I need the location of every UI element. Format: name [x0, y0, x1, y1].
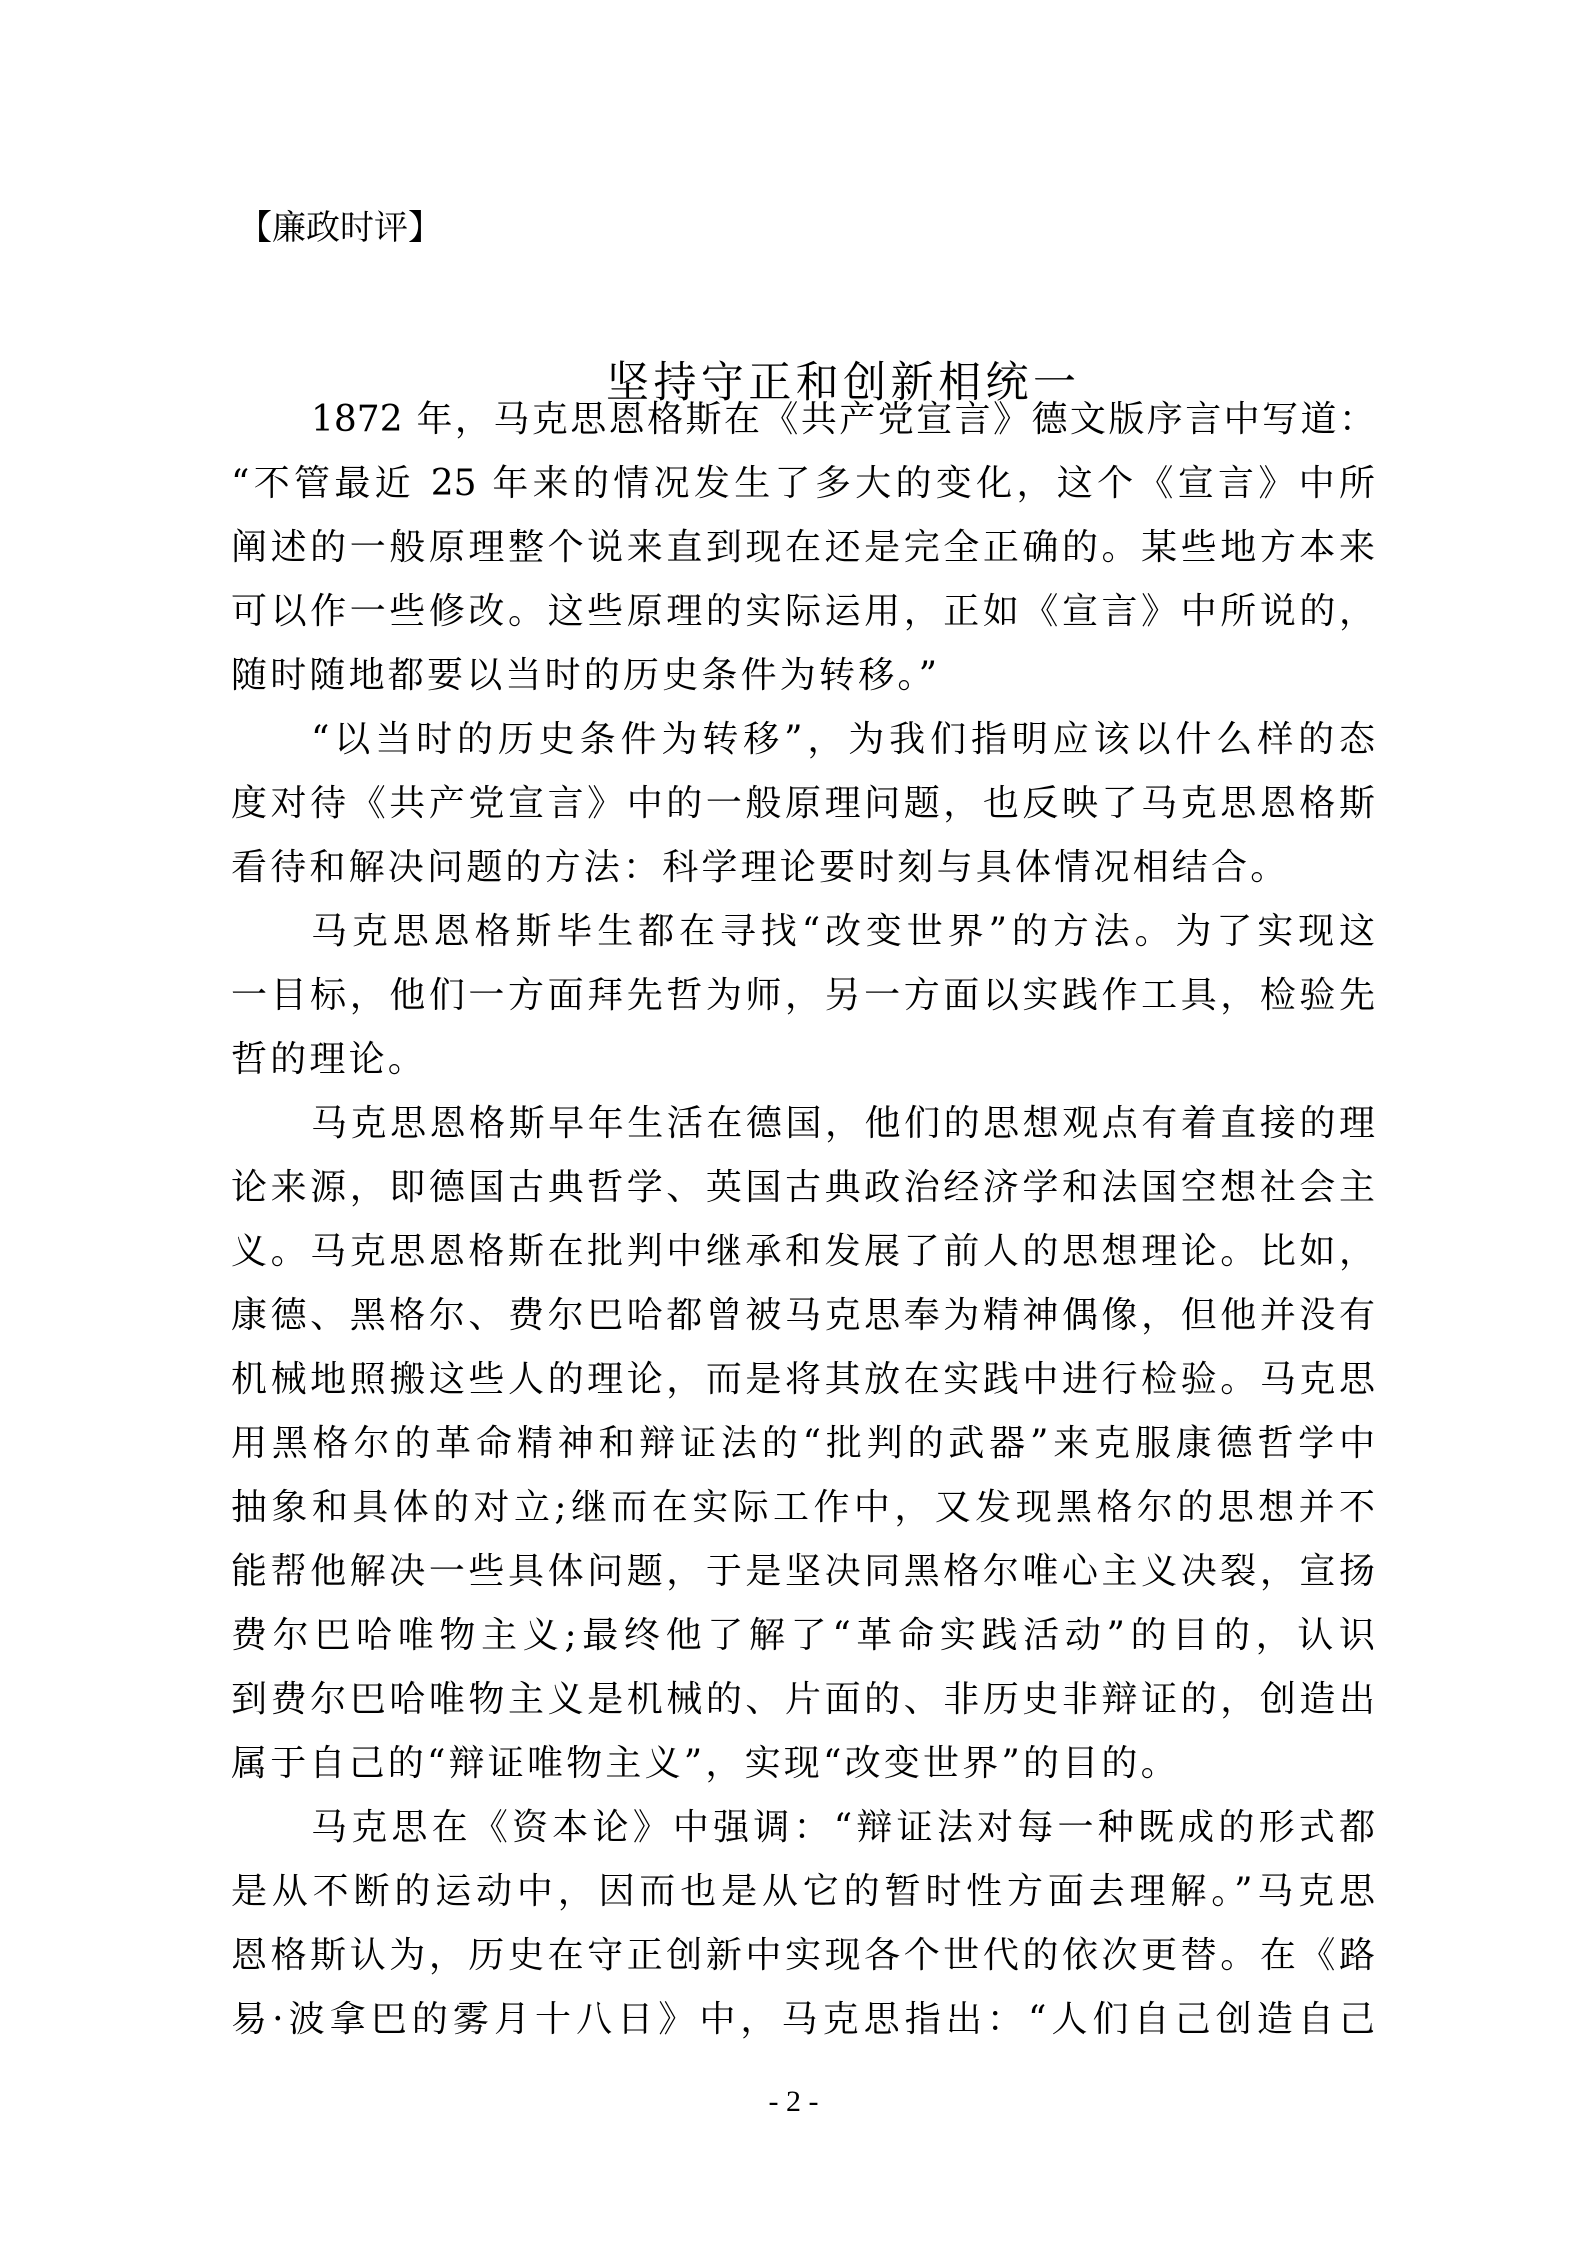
text-line: “以当时的历史条件为转移”，为我们指明应该以什么样的态 [231, 708, 1375, 772]
paragraph: “以当时的历史条件为转移”，为我们指明应该以什么样的态 度对待《共产党宣言》中的… [231, 708, 1375, 900]
text-line: 一目标，他们一方面拜先哲为师，另一方面以实践作工具，检验先 [231, 964, 1375, 1028]
text-line: 义。马克思恩格斯在批判中继承和发展了前人的思想理论。比如， [231, 1220, 1375, 1284]
text-line: 抽象和具体的对立;继而在实际工作中，又发现黑格尔的思想并不 [231, 1476, 1375, 1540]
text-line: 康德、黑格尔、费尔巴哈都曾被马克思奉为精神偶像，但他并没有 [231, 1284, 1375, 1348]
section-tag: 【廉政时评】 [238, 204, 442, 252]
text-line: 马克思恩格斯早年生活在德国，他们的思想观点有着直接的理 [231, 1092, 1375, 1156]
text-line: 恩格斯认为，历史在守正创新中实现各个世代的依次更替。在《路 [231, 1924, 1375, 1988]
text-line: 马克思恩格斯毕生都在寻找“改变世界”的方法。为了实现这 [231, 900, 1375, 964]
text-line: 哲的理论。 [231, 1028, 1375, 1092]
text-line: 马克思在《资本论》中强调：“辩证法对每一种既成的形式都 [231, 1796, 1375, 1860]
document-page: 【廉政时评】 坚持守正和创新相统一 1872 年，马克思恩格斯在《共产党宣言》德… [0, 0, 1587, 2245]
text-line: 用黑格尔的革命精神和辩证法的“批判的武器”来克服康德哲学中 [231, 1412, 1375, 1476]
paragraph: 马克思恩格斯早年生活在德国，他们的思想观点有着直接的理 论来源，即德国古典哲学、… [231, 1092, 1375, 1796]
text-line: 到费尔巴哈唯物主义是机械的、片面的、非历史非辩证的，创造出 [231, 1668, 1375, 1732]
text-line: 看待和解决问题的方法：科学理论要时刻与具体情况相结合。 [231, 836, 1375, 900]
paragraph: 马克思在《资本论》中强调：“辩证法对每一种既成的形式都 是从不断的运动中，因而也… [231, 1796, 1375, 2052]
text-line: 属于自己的“辩证唯物主义”，实现“改变世界”的目的。 [231, 1732, 1375, 1796]
text-line: 能帮他解决一些具体问题，于是坚决同黑格尔唯心主义决裂，宣扬 [231, 1540, 1375, 1604]
text-line: 可以作一些修改。这些原理的实际运用，正如《宣言》中所说的， [231, 580, 1375, 644]
text-line: 是从不断的运动中，因而也是从它的暂时性方面去理解。”马克思 [231, 1860, 1375, 1924]
text-line: 度对待《共产党宣言》中的一般原理问题，也反映了马克思恩格斯 [231, 772, 1375, 836]
text-line: 易·波拿巴的雾月十八日》中，马克思指出：“人们自己创造自己 [231, 1988, 1375, 2052]
article-body: 1872 年，马克思恩格斯在《共产党宣言》德文版序言中写道： “不管最近 25 … [231, 388, 1375, 2052]
page-number: - 2 - [0, 2082, 1587, 2122]
text-line: 论来源，即德国古典哲学、英国古典政治经济学和法国空想社会主 [231, 1156, 1375, 1220]
text-line: 阐述的一般原理整个说来直到现在还是完全正确的。某些地方本来 [231, 516, 1375, 580]
text-line: “不管最近 25 年来的情况发生了多大的变化，这个《宣言》中所 [231, 452, 1375, 516]
text-line: 费尔巴哈唯物主义;最终他了解了“革命实践活动”的目的，认识 [231, 1604, 1375, 1668]
paragraph: 马克思恩格斯毕生都在寻找“改变世界”的方法。为了实现这 一目标，他们一方面拜先哲… [231, 900, 1375, 1092]
text-line: 随时随地都要以当时的历史条件为转移。” [231, 644, 1375, 708]
text-line: 机械地照搬这些人的理论，而是将其放在实践中进行检验。马克思 [231, 1348, 1375, 1412]
paragraph: 1872 年，马克思恩格斯在《共产党宣言》德文版序言中写道： “不管最近 25 … [231, 388, 1375, 708]
text-line: 1872 年，马克思恩格斯在《共产党宣言》德文版序言中写道： [231, 388, 1375, 452]
